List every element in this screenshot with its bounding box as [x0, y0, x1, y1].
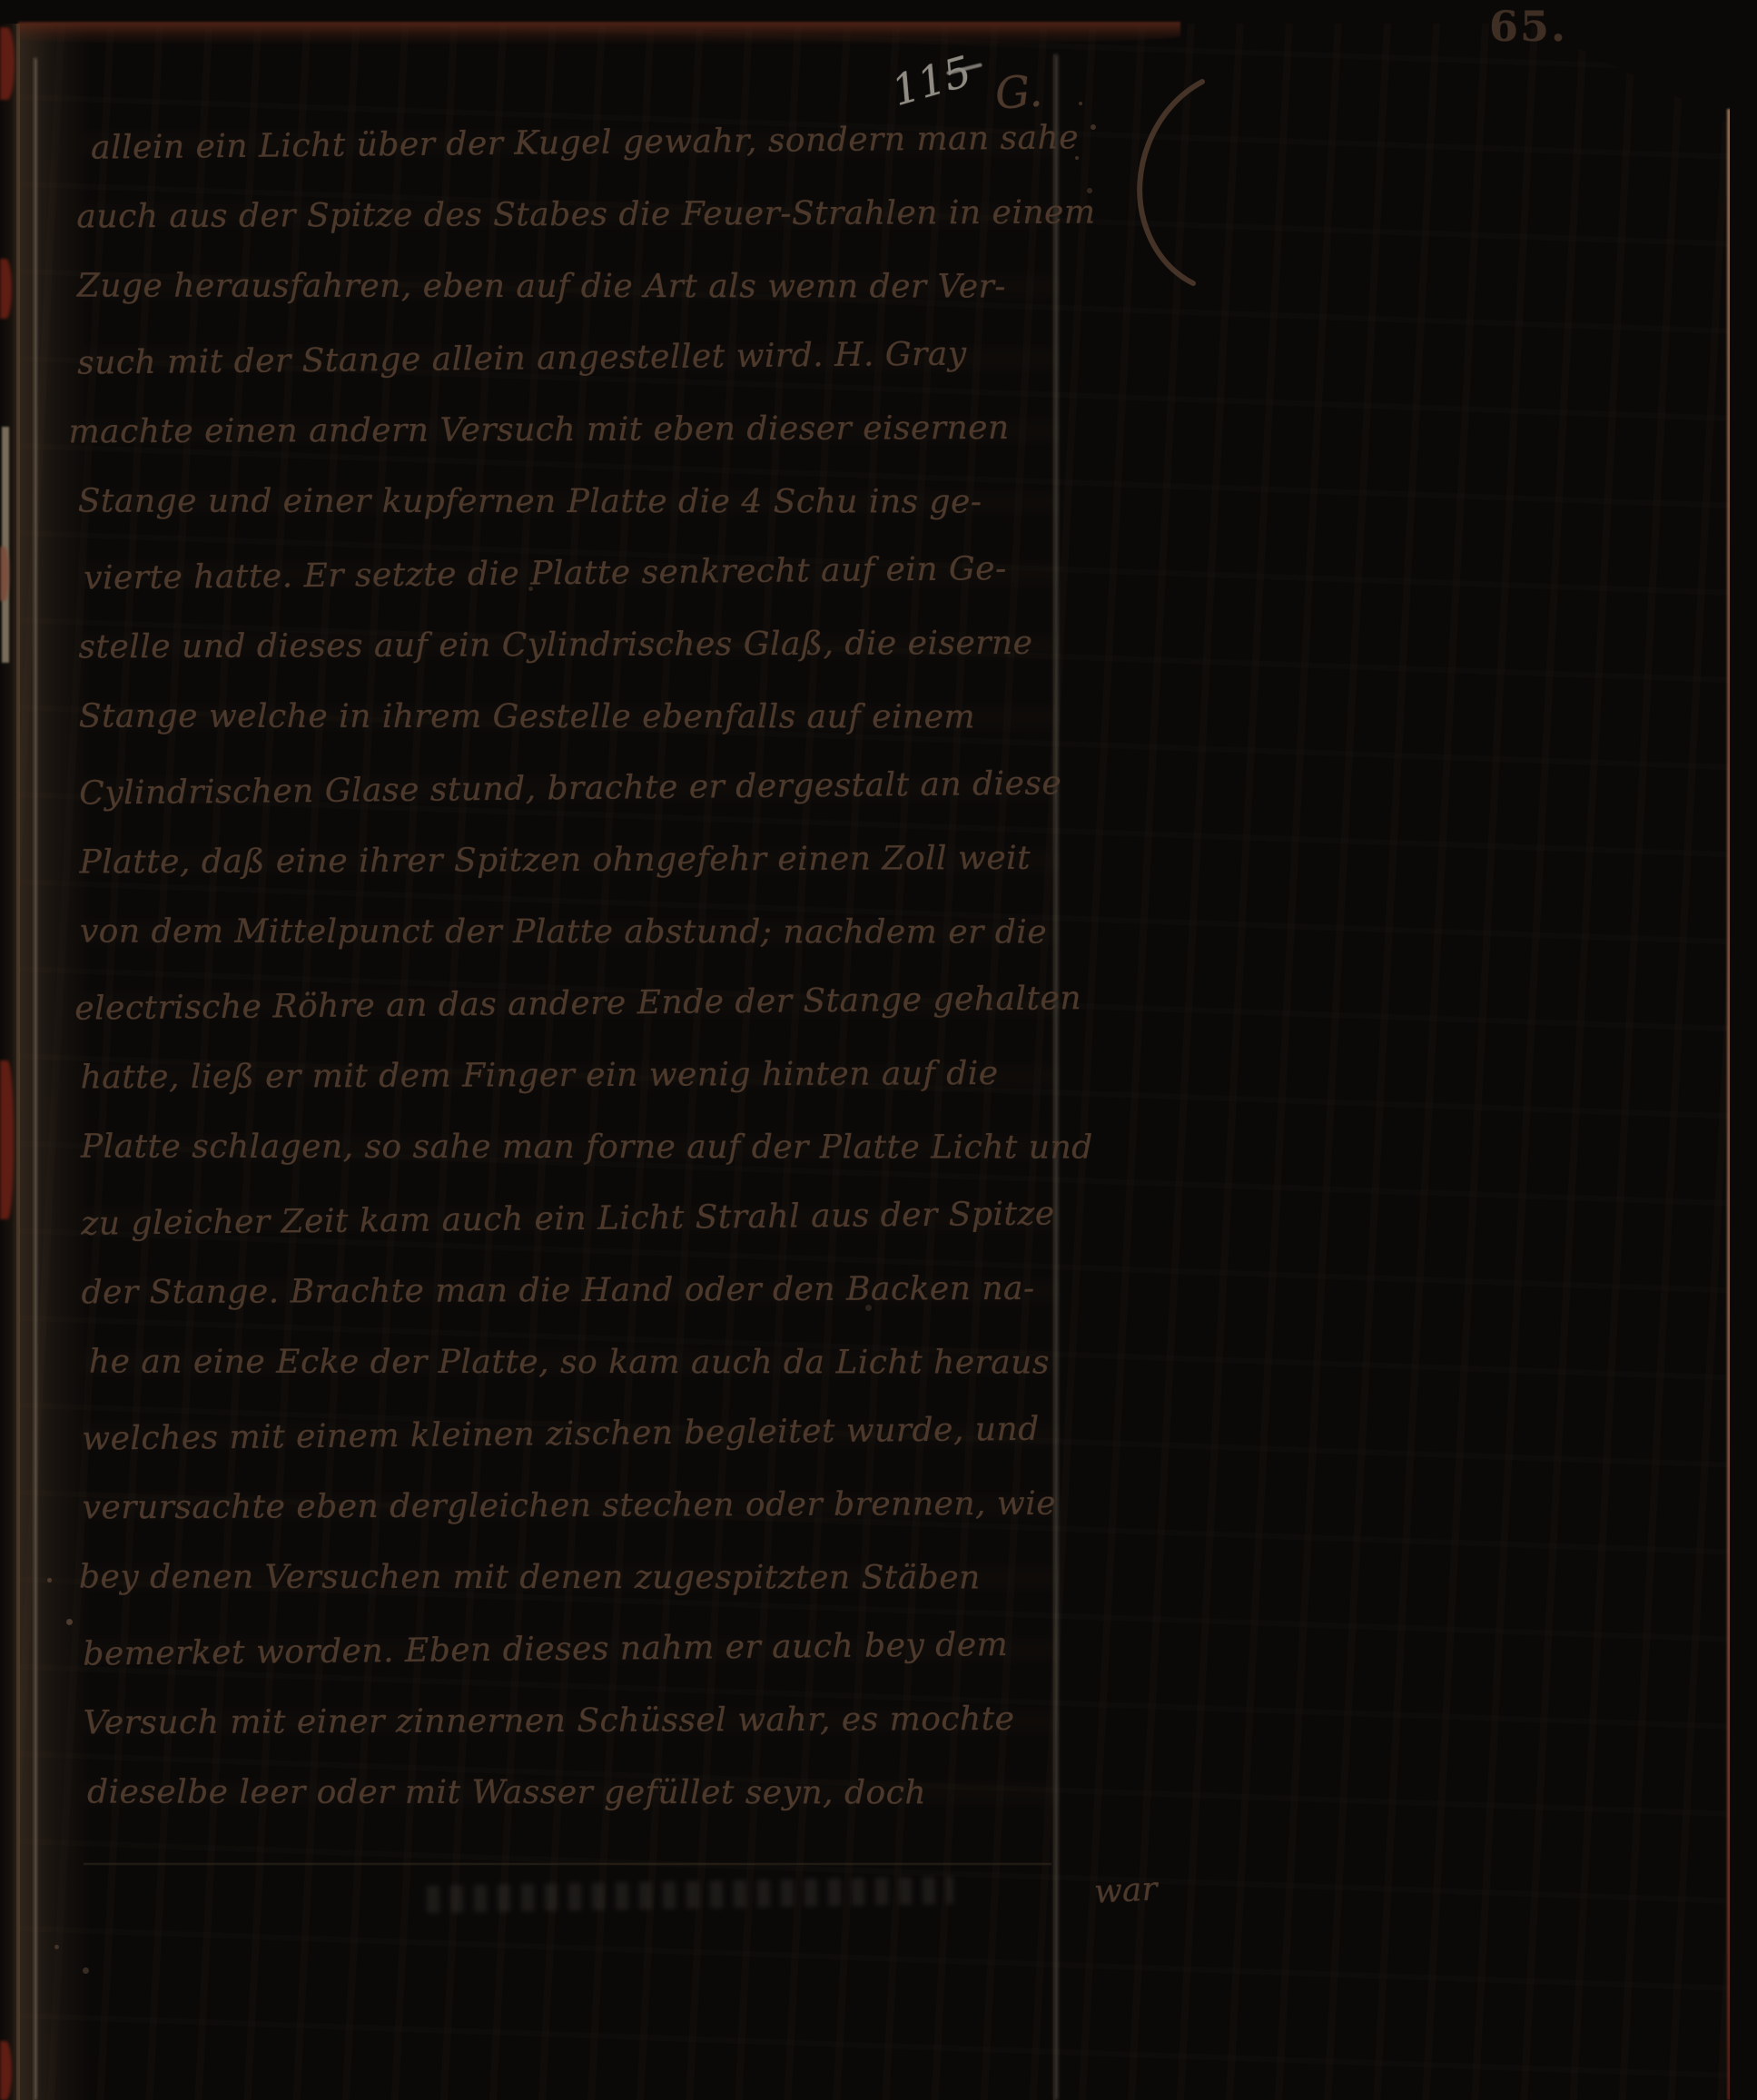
ink-specks	[47, 1578, 52, 1582]
folio-number-ink: 65.	[1489, 2, 1567, 51]
manuscript-line: vierte hatte. Er setzte die Platte senkr…	[84, 532, 1060, 614]
fore-edge-paint-mark	[0, 27, 15, 100]
manuscript-line: such mit der Stange allein angestellet w…	[77, 317, 1059, 399]
manuscript-line: hatte, ließ er mit dem Finger ein wenig …	[80, 1038, 1061, 1114]
fore-edge-paint-mark	[0, 2041, 12, 2100]
manuscript-line: Platte schlagen, so sahe man forne auf d…	[81, 1111, 1061, 1184]
stray-ink-marks	[1079, 102, 1082, 105]
manuscript-line: machte einen andern Versuch mit eben die…	[68, 392, 1058, 468]
manuscript-line: verursachte eben dergleichen stechen ode…	[82, 1468, 1062, 1544]
horizontal-crease	[84, 1863, 1051, 1865]
manuscript-line: auch aus der Spitze des Stabes die Feuer…	[76, 177, 1057, 253]
fore-edge-paint-mark	[0, 1060, 14, 1219]
fore-edge-paint-mark	[0, 547, 9, 601]
manuscript-line: Cylindrischen Glase stund, brachte er de…	[79, 747, 1061, 829]
vertical-crease	[33, 58, 35, 2100]
manuscript-line: bey denen Versuchen mit denen zugespitzt…	[79, 1542, 1063, 1614]
manuscript-line: Versuch mit einer zinnernen Schüssel wah…	[83, 1683, 1063, 1760]
manuscript-scan: 65. 115 G. allein ein Licht über der Kug…	[0, 0, 1757, 2100]
manuscript-line: Stange welche in ihrem Gestelle ebenfall…	[79, 681, 1060, 754]
manuscript-line: bemerket worden. Eben dieses nahm er auc…	[83, 1608, 1064, 1690]
adjacent-page-sliver	[2, 427, 9, 663]
manuscript-line: electrische Röhre an das andere Ende der…	[74, 962, 1061, 1044]
manuscript-line: zu gleicher Zeit kam auch ein Licht Stra…	[81, 1178, 1062, 1259]
pen-flourish	[1124, 78, 1233, 287]
manuscript-line: allein ein Licht über der Kugel gewahr, …	[91, 102, 1058, 183]
manuscript-line: dieselbe leer oder mit Wasser gefüllet s…	[87, 1757, 1064, 1829]
manuscript-line: welches mit einem kleinen zischen beglei…	[82, 1393, 1063, 1474]
manuscript-line: he an eine Ecke der Platte, so kam auch …	[89, 1326, 1062, 1399]
page-top-edge-tint	[18, 22, 1180, 45]
catchword: war	[1093, 1870, 1159, 1911]
scan-right-border	[1730, 0, 1757, 2100]
fore-edge-paint-mark	[0, 259, 12, 319]
manuscript-line: stelle und dieses auf ein Cylindrisches …	[78, 607, 1059, 684]
manuscript-line: Stange und einer kupfernen Platte die 4 …	[78, 466, 1059, 538]
manuscript-line: von dem Mittelpunct der Platte abstund; …	[80, 896, 1061, 969]
manuscript-line: Zuge herausfahren, eben auf die Art als …	[77, 251, 1058, 323]
handwritten-text-block: allein ein Licht über der Kugel gewahr, …	[76, 105, 1064, 1831]
manuscript-line: der Stange. Brachte man die Hand oder de…	[81, 1253, 1061, 1329]
manuscript-line: Platte, daß eine ihrer Spitzen ohngefehr…	[79, 823, 1060, 899]
